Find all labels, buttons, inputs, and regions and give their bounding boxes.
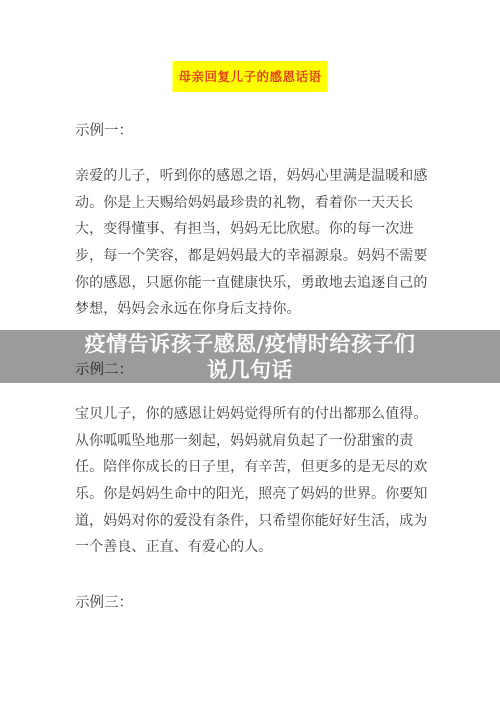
paragraph-line: 宝贝儿子，你的感恩让妈妈觉得所有的付出都那么值得。 (75, 401, 445, 428)
paragraph-line: 道，妈妈对你的爱没有条件，只希望你能好好生活，成为 (75, 508, 445, 535)
article-page: 母亲回复儿子的感恩话语 示例一： 亲爱的儿子，听到你的感恩之语，妈妈心里满是温暖… (0, 0, 500, 706)
section-label-example-1: 示例一： (75, 119, 133, 140)
paragraph-line: 从你呱呱坠地那一刻起，妈妈就肩负起了一份甜蜜的责 (75, 428, 445, 455)
page-title: 母亲回复儿子的感恩话语 (172, 61, 327, 92)
section-label-example-2: 示例二： (75, 358, 133, 379)
paragraph-line: 步，每一个笑容，都是妈妈最大的幸福源泉。妈妈不需要 (75, 243, 445, 270)
overlay-caption-line-1: 疫情告诉孩子感恩/疫情时给孩子们 (0, 332, 500, 358)
section-label-example-3: 示例三： (75, 591, 133, 612)
paragraph-line: 亲爱的儿子，听到你的感恩之语，妈妈心里满是温暖和感 (75, 163, 445, 190)
paragraph-line: 梦想，妈妈会永远在你身后支持你。 (75, 296, 445, 323)
paragraph-line: 一个善良、正直、有爱心的人。 (75, 534, 445, 561)
paragraph-line: 你的感恩，只愿你能一直健康快乐，勇敢地去追逐自己的 (75, 270, 445, 297)
paragraph-example-1: 亲爱的儿子，听到你的感恩之语，妈妈心里满是温暖和感 动。你是上天赐给妈妈最珍贵的… (75, 163, 445, 323)
paragraph-line: 动。你是上天赐给妈妈最珍贵的礼物，看着你一天天长 (75, 190, 445, 217)
paragraph-example-2: 宝贝儿子，你的感恩让妈妈觉得所有的付出都那么值得。 从你呱呱坠地那一刻起，妈妈就… (75, 401, 445, 561)
paragraph-line: 乐。你是妈妈生命中的阳光，照亮了妈妈的世界。你要知 (75, 481, 445, 508)
paragraph-line: 大，变得懂事、有担当，妈妈无比欣慰。你的每一次进 (75, 216, 445, 243)
paragraph-line: 任。陪伴你成长的日子里，有辛苦，但更多的是无尽的欢 (75, 454, 445, 481)
